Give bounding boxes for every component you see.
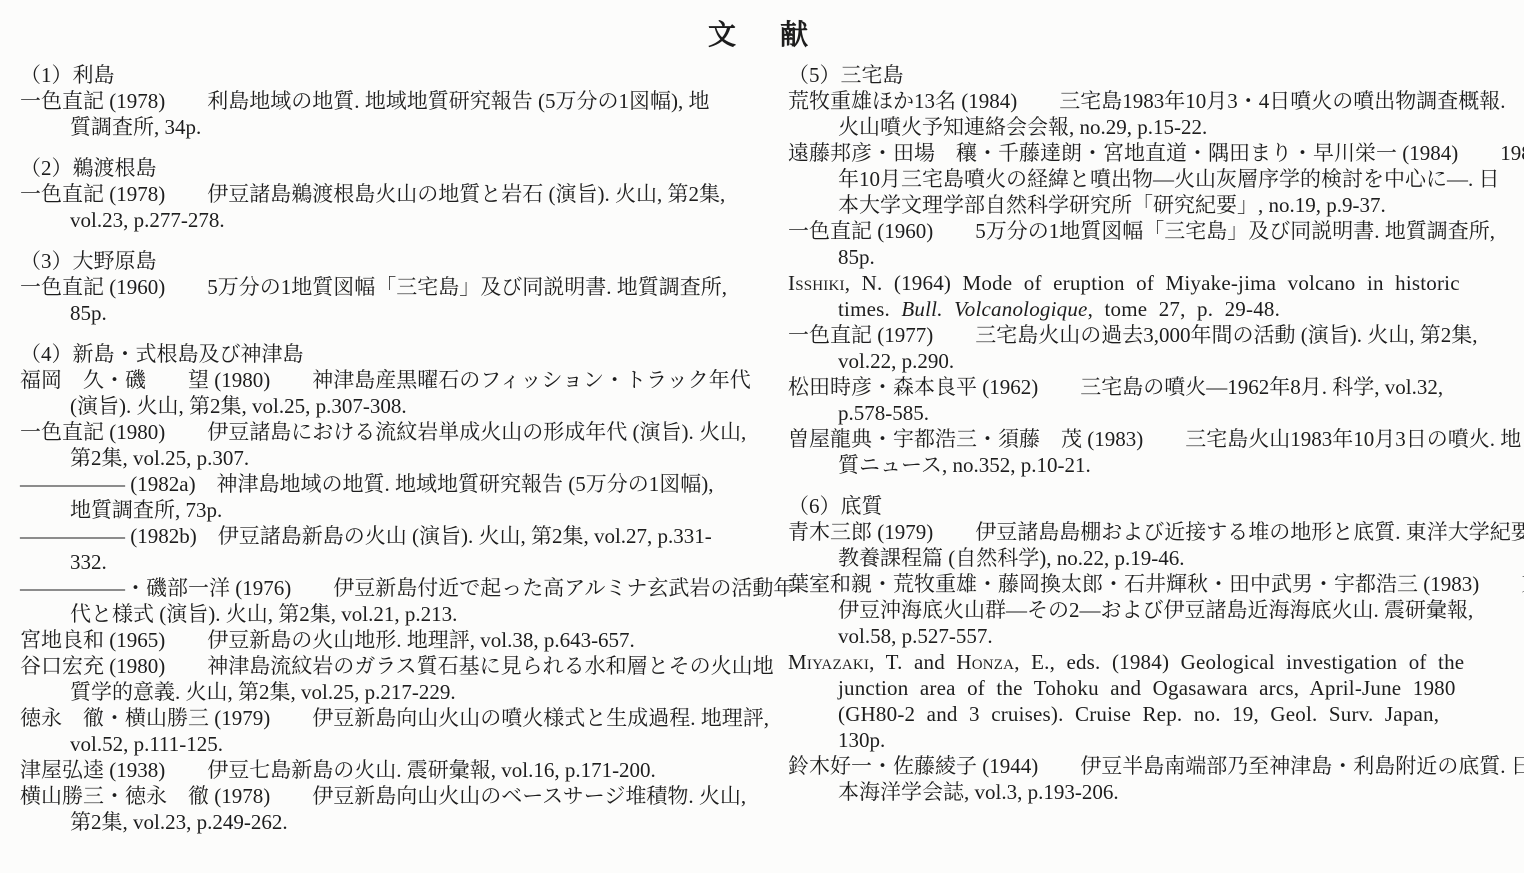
reference-line: 一色直記 (1980) 伊豆諸島における流紋岩単成火山の形成年代 (演旨). 火… (20, 419, 752, 445)
reference-entry: 一色直記 (1978) 伊豆諸島鵜渡根島火山の地質と岩石 (演旨). 火山, 第… (20, 181, 752, 233)
section-onoharajima: （3）大野原島 一色直記 (1960) 5万分の1地質図幅「三宅島」及び同説明書… (20, 248, 752, 326)
reference-line: 一色直記 (1960) 5万分の1地質図幅「三宅島」及び同説明書. 地質調査所, (788, 218, 1522, 244)
reference-entry: 徳永 徹・横山勝三 (1979) 伊豆新島向山火山の噴火様式と生成過程. 地理評… (20, 705, 752, 757)
reference-line-continuation: vol.22, p.290. (788, 348, 1522, 374)
reference-line: 曽屋龍典・宇都浩三・須藤 茂 (1983) 三宅島火山1983年10月3日の噴火… (788, 426, 1522, 452)
section-heading: （1）利島 (20, 62, 752, 88)
reference-entry: 谷口宏充 (1980) 神津島流紋岩のガラス質石基に見られる水和層とその火山地 … (20, 653, 752, 705)
reference-line-continuation: (演旨). 火山, 第2集, vol.25, p.307-308. (20, 393, 752, 419)
reference-line: 津屋弘逵 (1938) 伊豆七島新島の火山. 震研彙報, vol.16, p.1… (20, 757, 752, 783)
line-text: , E., eds. (1984) Geological investigati… (1014, 650, 1464, 674)
reference-line: 葉室和親・荒牧重雄・藤岡換太郎・石井輝秋・田中武男・宇都浩三 (1983) 東 (788, 571, 1522, 597)
reference-entry: 津屋弘逵 (1938) 伊豆七島新島の火山. 震研彙報, vol.16, p.1… (20, 757, 752, 783)
reference-line-continuation: 質ニュース, no.352, p.10-21. (788, 452, 1522, 478)
section-niijima-shikinejima-kozushima: （4）新島・式根島及び神津島 福岡 久・磯 望 (1980) 神津島産黒曜石のフ… (20, 341, 752, 835)
reference-entry: 横山勝三・徳永 徹 (1978) 伊豆新島向山火山のベースサージ堆積物. 火山,… (20, 783, 752, 835)
reference-entry: 福岡 久・磯 望 (1980) 神津島産黒曜石のフィッション・トラック年代 (演… (20, 367, 752, 419)
line-text: times. (838, 297, 901, 321)
reference-line: 遠藤邦彦・田場 穰・千藤達朗・宮地直道・隅田まり・早川栄一 (1984) 198… (788, 140, 1522, 166)
reference-line-continuation: times. Bull. Volcanologique, tome 27, p.… (788, 296, 1522, 322)
section-miyakejima: （5）三宅島 荒牧重雄ほか13名 (1984) 三宅島1983年10月3・4日噴… (788, 62, 1522, 478)
reference-entry: 一色直記 (1960) 5万分の1地質図幅「三宅島」及び同説明書. 地質調査所,… (788, 218, 1522, 270)
reference-entry: 一色直記 (1980) 伊豆諸島における流紋岩単成火山の形成年代 (演旨). 火… (20, 419, 752, 471)
reference-line: 青木三郎 (1979) 伊豆諸島島棚および近接する堆の地形と底質. 東洋大学紀要… (788, 519, 1522, 545)
reference-line-continuation: 質学的意義. 火山, 第2集, vol.25, p.217-229. (20, 679, 752, 705)
author-name-smallcaps: Isshiki (788, 271, 845, 295)
reference-line: 一色直記 (1978) 利島地域の地質. 地域地質研究報告 (5万分の1図幅),… (20, 88, 752, 114)
reference-entry: ————— (1982b) 伊豆諸島新島の火山 (演旨). 火山, 第2集, v… (20, 523, 752, 575)
reference-line-continuation: p.578-585. (788, 400, 1522, 426)
reference-line-continuation: 本海洋学会誌, vol.3, p.193-206. (788, 779, 1522, 805)
author-name-smallcaps: Miyazaki (788, 650, 869, 674)
reference-line-continuation: 地質調査所, 73p. (20, 497, 752, 523)
reference-line: 一色直記 (1960) 5万分の1地質図幅「三宅島」及び同説明書. 地質調査所, (20, 274, 752, 300)
section-heading: （6）底質 (788, 493, 1522, 519)
reference-line: 松田時彦・森本良平 (1962) 三宅島の噴火―1962年8月. 科学, vol… (788, 374, 1522, 400)
reference-entry: 一色直記 (1978) 利島地域の地質. 地域地質研究報告 (5万分の1図幅),… (20, 88, 752, 140)
section-heading: （2）鵜渡根島 (20, 155, 752, 181)
reference-line: 鈴木好一・佐藤綾子 (1944) 伊豆半島南端部乃至神津島・利島附近の底質. 日 (788, 753, 1522, 779)
line-text: , T. and (869, 650, 956, 674)
reference-entry: 葉室和親・荒牧重雄・藤岡換太郎・石井輝秋・田中武男・宇都浩三 (1983) 東 … (788, 571, 1522, 649)
reference-line-continuation: 伊豆沖海底火山群―その2―および伊豆諸島近海海底火山. 震研彙報, (788, 597, 1522, 623)
reference-line: 一色直記 (1977) 三宅島火山の過去3,000年間の活動 (演旨). 火山,… (788, 322, 1522, 348)
reference-line-continuation: 質調査所, 34p. (20, 114, 752, 140)
reference-line-continuation: 第2集, vol.25, p.307. (20, 445, 752, 471)
section-toshima: （1）利島 一色直記 (1978) 利島地域の地質. 地域地質研究報告 (5万分… (20, 62, 752, 140)
reference-entry: 一色直記 (1977) 三宅島火山の過去3,000年間の活動 (演旨). 火山,… (788, 322, 1522, 374)
reference-line-continuation: 教養課程篇 (自然科学), no.22, p.19-46. (788, 545, 1522, 571)
reference-entry: 青木三郎 (1979) 伊豆諸島島棚および近接する堆の地形と底質. 東洋大学紀要… (788, 519, 1522, 571)
line-text: , tome 27, p. 29-48. (1088, 297, 1280, 321)
reference-entry: 荒牧重雄ほか13名 (1984) 三宅島1983年10月3・4日噴火の噴出物調査… (788, 88, 1522, 140)
reference-entry: 一色直記 (1960) 5万分の1地質図幅「三宅島」及び同説明書. 地質調査所,… (20, 274, 752, 326)
section-heading: （5）三宅島 (788, 62, 1522, 88)
reference-line: 徳永 徹・横山勝三 (1979) 伊豆新島向山火山の噴火様式と生成過程. 地理評… (20, 705, 752, 731)
reference-line-continuation: vol.58, p.527-557. (788, 623, 1522, 649)
reference-entry: Miyazaki, T. and Honza, E., eds. (1984) … (788, 649, 1522, 753)
reference-line: ————— (1982a) 神津島地域の地質. 地域地質研究報告 (5万分の1図… (20, 471, 752, 497)
reference-line-continuation: 332. (20, 549, 752, 575)
reference-line-continuation: 85p. (788, 244, 1522, 270)
reference-line-continuation: junction area of the Tohoku and Ogasawar… (788, 675, 1522, 701)
reference-line-continuation: (GH80-2 and 3 cruises). Cruise Rep. no. … (788, 701, 1522, 727)
reference-entry: 鈴木好一・佐藤綾子 (1944) 伊豆半島南端部乃至神津島・利島附近の底質. 日… (788, 753, 1522, 805)
reference-entry: ————— (1982a) 神津島地域の地質. 地域地質研究報告 (5万分の1図… (20, 471, 752, 523)
reference-entry: —————・磯部一洋 (1976) 伊豆新島付近で起った高アルミナ玄武岩の活動年… (20, 575, 752, 627)
section-heading: （3）大野原島 (20, 248, 752, 274)
line-text: , N. (1964) Mode of eruption of Miyake-j… (845, 271, 1460, 295)
reference-line: 谷口宏充 (1980) 神津島流紋岩のガラス質石基に見られる水和層とその火山地 (20, 653, 752, 679)
reference-entry: 宮地良和 (1965) 伊豆新島の火山地形. 地理評, vol.38, p.64… (20, 627, 752, 653)
reference-entry: 遠藤邦彦・田場 穰・千藤達朗・宮地直道・隅田まり・早川栄一 (1984) 198… (788, 140, 1522, 218)
section-teishitsu: （6）底質 青木三郎 (1979) 伊豆諸島島棚および近接する堆の地形と底質. … (788, 493, 1522, 805)
reference-line-continuation: vol.23, p.277-278. (20, 207, 752, 233)
author-name-smallcaps: Honza (956, 650, 1014, 674)
reference-entry: Isshiki, N. (1964) Mode of eruption of M… (788, 270, 1522, 322)
references-right-column: （5）三宅島 荒牧重雄ほか13名 (1984) 三宅島1983年10月3・4日噴… (788, 62, 1522, 805)
reference-line: Isshiki, N. (1964) Mode of eruption of M… (788, 270, 1522, 296)
reference-entry: 曽屋龍典・宇都浩三・須藤 茂 (1983) 三宅島火山1983年10月3日の噴火… (788, 426, 1522, 478)
reference-line-continuation: 85p. (20, 300, 752, 326)
reference-line-continuation: 火山噴火予知連絡会会報, no.29, p.15-22. (788, 114, 1522, 140)
reference-line: 福岡 久・磯 望 (1980) 神津島産黒曜石のフィッション・トラック年代 (20, 367, 752, 393)
reference-line-continuation: vol.52, p.111-125. (20, 731, 752, 757)
references-left-column: （1）利島 一色直記 (1978) 利島地域の地質. 地域地質研究報告 (5万分… (20, 62, 752, 835)
reference-line: —————・磯部一洋 (1976) 伊豆新島付近で起った高アルミナ玄武岩の活動年 (20, 575, 752, 601)
section-udonejima: （2）鵜渡根島 一色直記 (1978) 伊豆諸島鵜渡根島火山の地質と岩石 (演旨… (20, 155, 752, 233)
reference-line: 一色直記 (1978) 伊豆諸島鵜渡根島火山の地質と岩石 (演旨). 火山, 第… (20, 181, 752, 207)
reference-line-continuation: 年10月三宅島噴火の経緯と噴出物―火山灰層序学的検討を中心に―. 日 (788, 166, 1522, 192)
reference-line: 横山勝三・徳永 徹 (1978) 伊豆新島向山火山のベースサージ堆積物. 火山, (20, 783, 752, 809)
reference-line: 荒牧重雄ほか13名 (1984) 三宅島1983年10月3・4日噴火の噴出物調査… (788, 88, 1522, 114)
reference-line-continuation: 第2集, vol.23, p.249-262. (20, 809, 752, 835)
reference-entry: 松田時彦・森本良平 (1962) 三宅島の噴火―1962年8月. 科学, vol… (788, 374, 1522, 426)
reference-line-continuation: 130p. (788, 727, 1522, 753)
reference-line: Miyazaki, T. and Honza, E., eds. (1984) … (788, 649, 1522, 675)
reference-line: ————— (1982b) 伊豆諸島新島の火山 (演旨). 火山, 第2集, v… (20, 523, 752, 549)
reference-line-continuation: 本大学文理学部自然科学研究所「研究紀要」, no.19, p.9-37. (788, 192, 1522, 218)
section-heading: （4）新島・式根島及び神津島 (20, 341, 752, 367)
reference-line: 宮地良和 (1965) 伊豆新島の火山地形. 地理評, vol.38, p.64… (20, 627, 752, 653)
reference-line-continuation: 代と様式 (演旨). 火山, 第2集, vol.21, p.213. (20, 601, 752, 627)
page-title: 文 献 (0, 13, 1524, 53)
journal-title-italic: Bull. Volcanologique (901, 297, 1087, 321)
